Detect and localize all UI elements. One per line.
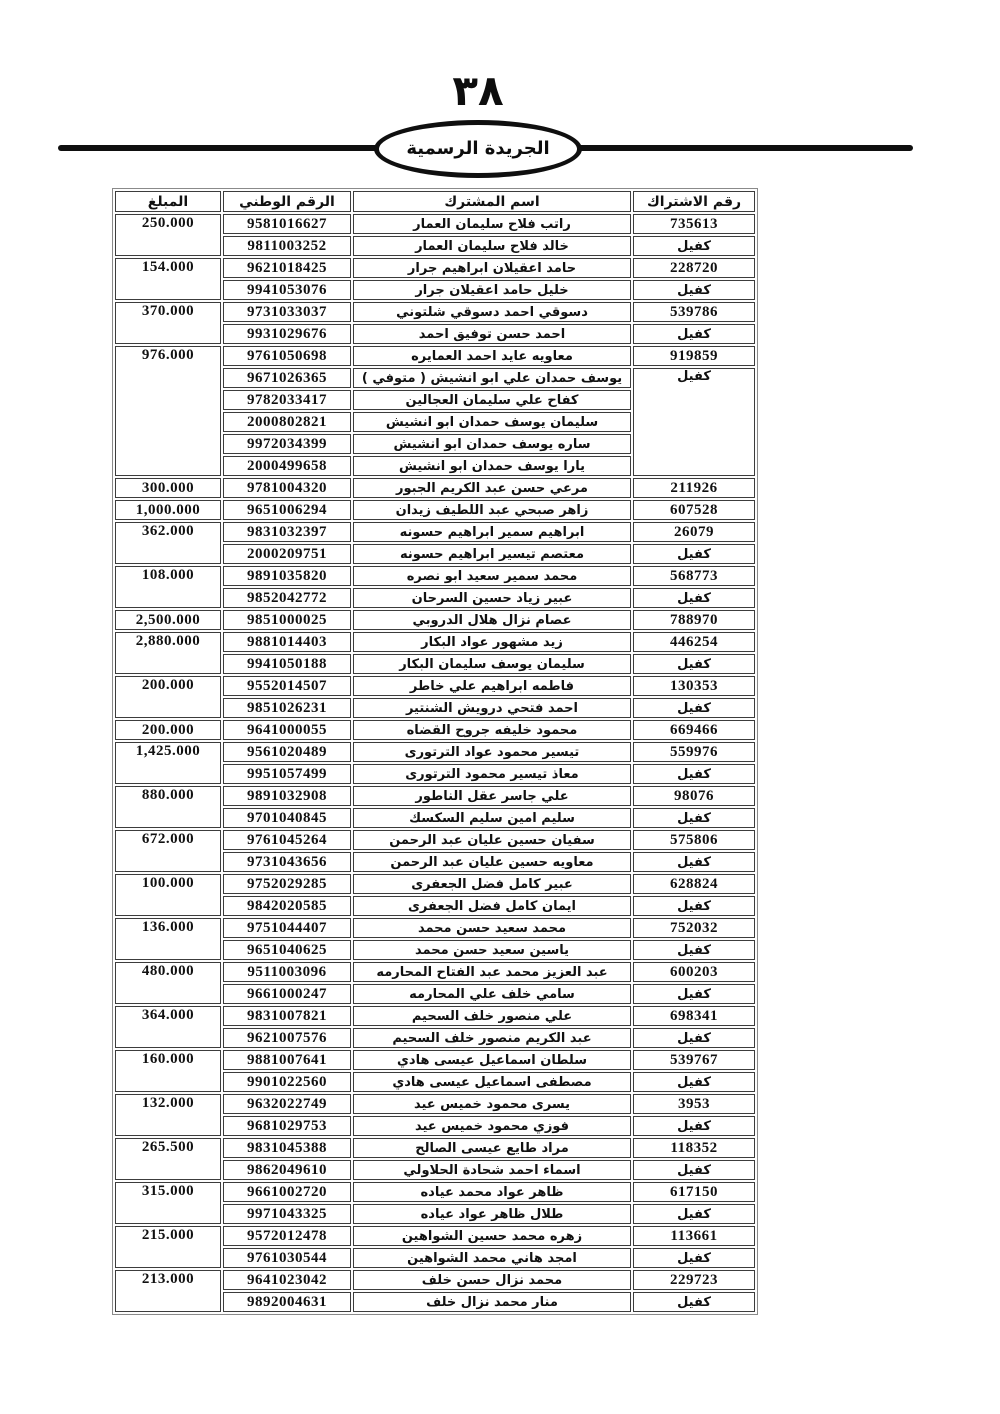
subscription-cell: 446254 <box>633 632 755 652</box>
subscription-cell: 575806 <box>633 830 755 850</box>
name-cell: تيسير محمود عواد الترتورى <box>353 742 631 762</box>
table-row: 559976تيسير محمود عواد الترتورى956102048… <box>115 742 755 762</box>
table-row: 98076علي جاسر عقل الناطور9891032908880.0… <box>115 786 755 806</box>
name-cell: راتب فلاح سليمان العمار <box>353 214 631 234</box>
table-row: 628824عبير كامل فضل الجعفرى9752029285100… <box>115 874 755 894</box>
subscription-cell: 919859 <box>633 346 755 366</box>
name-cell: فوزي محمود خميس عيد <box>353 1116 631 1136</box>
amount-cell: 480.000 <box>115 962 221 1004</box>
subscription-cell: 113661 <box>633 1226 755 1246</box>
name-cell: طلال ظاهر عواد عياده <box>353 1204 631 1224</box>
name-cell: عبير زياد حسين السرحان <box>353 588 631 608</box>
kafeel-cell: كفيل <box>633 654 755 674</box>
table-header-row: رقم الاشتراك اسم المشترك الرقم الوطني ال… <box>115 191 755 212</box>
nid-cell: 9701040845 <box>223 808 351 828</box>
nid-cell: 9731033037 <box>223 302 351 322</box>
subscription-cell: 211926 <box>633 478 755 498</box>
name-cell: يوسف حمدان علي ابو انشيش ( متوفي ) <box>353 368 631 388</box>
name-cell: محمود خليفه جروح القضاه <box>353 720 631 740</box>
amount-cell: 250.000 <box>115 214 221 256</box>
table-row: 788970عصام نزال هلال الدروبي98510000252,… <box>115 610 755 630</box>
name-cell: علي منصور خلف السحيم <box>353 1006 631 1026</box>
name-cell: ساره يوسف حمدان ابو انشيش <box>353 434 631 454</box>
name-cell: خليل حامد اعقيلان جرار <box>353 280 631 300</box>
kafeel-cell: كفيل <box>633 808 755 828</box>
name-cell: مراد طايع عيسى الصالح <box>353 1138 631 1158</box>
name-cell: ياسين سعيد حسن محمد <box>353 940 631 960</box>
kafeel-cell: كفيل <box>633 1248 755 1268</box>
subscription-cell: 669466 <box>633 720 755 740</box>
name-cell: امجد هاني محمد الشواهين <box>353 1248 631 1268</box>
amount-cell: 213.000 <box>115 1270 221 1312</box>
nid-cell: 9951057499 <box>223 764 351 784</box>
kafeel-cell: كفيل <box>633 544 755 564</box>
subscription-cell: 118352 <box>633 1138 755 1158</box>
amount-cell: 2,880.000 <box>115 632 221 674</box>
table-row: 698341علي منصور خلف السحيم9831007821364.… <box>115 1006 755 1026</box>
nid-cell: 9621007576 <box>223 1028 351 1048</box>
name-cell: سليمان يوسف سليمان البكار <box>353 654 631 674</box>
name-cell: محمد سمير سعيد ابو نصره <box>353 566 631 586</box>
name-cell: زهره محمد حسين الشواهين <box>353 1226 631 1246</box>
nid-cell: 9511003096 <box>223 962 351 982</box>
name-cell: محمد سعيد حسن محمد <box>353 918 631 938</box>
amount-cell: 160.000 <box>115 1050 221 1092</box>
subscription-cell: 539767 <box>633 1050 755 1070</box>
subscribers-table-wrap: رقم الاشتراك اسم المشترك الرقم الوطني ال… <box>112 188 758 1315</box>
subscribers-table: رقم الاشتراك اسم المشترك الرقم الوطني ال… <box>112 188 758 1315</box>
page-number: ٣٨ <box>376 66 580 115</box>
nid-cell: 9632022749 <box>223 1094 351 1114</box>
nid-cell: 9641000055 <box>223 720 351 740</box>
amount-cell: 136.000 <box>115 918 221 960</box>
header-subscription-no: رقم الاشتراك <box>633 191 755 212</box>
kafeel-cell: كفيل <box>633 280 755 300</box>
nid-cell: 2000499658 <box>223 456 351 476</box>
name-cell: سليمان يوسف حمدان ابو انشيش <box>353 412 631 432</box>
kafeel-cell: كفيل <box>633 1116 755 1136</box>
name-cell: يسرى محمود خميس عيد <box>353 1094 631 1114</box>
gazette-page: ٣٨ الجريدة الرسمية رقم الاشتراك اسم المش… <box>0 0 1000 1414</box>
amount-cell: 100.000 <box>115 874 221 916</box>
nid-cell: 9561020489 <box>223 742 351 762</box>
kafeel-cell: كفيل <box>633 852 755 872</box>
name-cell: معاذ تيسير محمود الترتورى <box>353 764 631 784</box>
name-cell: كفاح علي سليمان العجالين <box>353 390 631 410</box>
nid-cell: 9671026365 <box>223 368 351 388</box>
nid-cell: 9862049610 <box>223 1160 351 1180</box>
amount-cell: 362.000 <box>115 522 221 564</box>
subscription-cell: 228720 <box>633 258 755 278</box>
table-row: 539786دسوقي احمد دسوقي شلتوني97310330373… <box>115 302 755 322</box>
nid-cell: 9851000025 <box>223 610 351 630</box>
kafeel-cell: كفيل <box>633 896 755 916</box>
name-cell: زاهر صبحي عبد اللطيف زيدان <box>353 500 631 520</box>
kafeel-cell: كفيل <box>633 1160 755 1180</box>
name-cell: عبير كامل فضل الجعفرى <box>353 874 631 894</box>
nid-cell: 9892004631 <box>223 1292 351 1312</box>
amount-cell: 108.000 <box>115 566 221 608</box>
nid-cell: 9831045388 <box>223 1138 351 1158</box>
nid-cell: 9621018425 <box>223 258 351 278</box>
nid-cell: 9651006294 <box>223 500 351 520</box>
nid-cell: 9972034399 <box>223 434 351 454</box>
nid-cell: 9842020585 <box>223 896 351 916</box>
nid-cell: 9831007821 <box>223 1006 351 1026</box>
nid-cell: 9641023042 <box>223 1270 351 1290</box>
nid-cell: 9931029676 <box>223 324 351 344</box>
amount-cell: 976.000 <box>115 346 221 476</box>
name-cell: اسماء احمد شحادة الحلاولي <box>353 1160 631 1180</box>
name-cell: زيد مشهور عواد البكار <box>353 632 631 652</box>
gazette-banner-ellipse: الجريدة الرسمية <box>374 120 582 178</box>
name-cell: احمد فتحي درويش الشنتير <box>353 698 631 718</box>
nid-cell: 9831032397 <box>223 522 351 542</box>
nid-cell: 2000209751 <box>223 544 351 564</box>
subscription-cell: 698341 <box>633 1006 755 1026</box>
nid-cell: 9761045264 <box>223 830 351 850</box>
table-row: 919859معاويه عايد احمد العمايره976105069… <box>115 346 755 366</box>
table-row: 568773محمد سمير سعيد ابو نصره98910358201… <box>115 566 755 586</box>
kafeel-cell: كفيل <box>633 324 755 344</box>
nid-cell: 9881007641 <box>223 1050 351 1070</box>
table-row: 26079ابراهيم سمير ابراهيم حسونه983103239… <box>115 522 755 542</box>
kafeel-cell: كفيل <box>633 940 755 960</box>
nid-cell: 9761030544 <box>223 1248 351 1268</box>
nid-cell: 9661002720 <box>223 1182 351 1202</box>
nid-cell: 9881014403 <box>223 632 351 652</box>
subscription-cell: 752032 <box>633 918 755 938</box>
name-cell: فاطمه ابراهيم علي خاطر <box>353 676 631 696</box>
subscription-cell: 568773 <box>633 566 755 586</box>
table-row: 539767سلطان اسماعيل عيسى هادي98810076411… <box>115 1050 755 1070</box>
kafeel-cell: كفيل <box>633 588 755 608</box>
nid-cell: 9752029285 <box>223 874 351 894</box>
table-row: 607528زاهر صبحي عبد اللطيف زيدان96510062… <box>115 500 755 520</box>
name-cell: مصطفى اسماعيل عيسى هادي <box>353 1072 631 1092</box>
table-row: 3953يسرى محمود خميس عيد9632022749132.000 <box>115 1094 755 1114</box>
amount-cell: 265.500 <box>115 1138 221 1180</box>
nid-cell: 9572012478 <box>223 1226 351 1246</box>
kafeel-cell: كفيل <box>633 1072 755 1092</box>
kafeel-cell: كفيل <box>633 1204 755 1224</box>
kafeel-cell: كفيل <box>633 984 755 1004</box>
header-amount: المبلغ <box>115 191 221 212</box>
nid-cell: 9731043656 <box>223 852 351 872</box>
name-cell: مرعي حسن عبد الكريم الجبور <box>353 478 631 498</box>
table-row: 446254زيد مشهور عواد البكار98810144032,8… <box>115 632 755 652</box>
table-row: 669466محمود خليفه جروح القضاه96410000552… <box>115 720 755 740</box>
table-row: 617150ظاهر عواد محمد عياده9661002720315.… <box>115 1182 755 1202</box>
gazette-banner-title: الجريدة الرسمية <box>406 138 549 161</box>
name-cell: يارا يوسف حمدان ابو انشيش <box>353 456 631 476</box>
subscription-cell: 788970 <box>633 610 755 630</box>
table-row: 600203عبد العزيز محمد عبد الفتاح المحارم… <box>115 962 755 982</box>
name-cell: ابراهيم سمير ابراهيم حسونه <box>353 522 631 542</box>
subscription-cell: 229723 <box>633 1270 755 1290</box>
name-cell: حامد اعقيلان ابراهيم جرار <box>353 258 631 278</box>
name-cell: دسوقي احمد دسوقي شلتوني <box>353 302 631 322</box>
subscribers-table-body: 735613راتب فلاح سليمان العمار95810166272… <box>115 214 755 1312</box>
subscription-cell: 628824 <box>633 874 755 894</box>
table-row: 113661زهره محمد حسين الشواهين95720124782… <box>115 1226 755 1246</box>
name-cell: سلطان اسماعيل عيسى هادي <box>353 1050 631 1070</box>
nid-cell: 9681029753 <box>223 1116 351 1136</box>
nid-cell: 9891035820 <box>223 566 351 586</box>
name-cell: عبد الكريم منصور خلف السحيم <box>353 1028 631 1048</box>
kafeel-cell: كفيل <box>633 236 755 256</box>
name-cell: احمد حسن توفيق احمد <box>353 324 631 344</box>
amount-cell: 672.000 <box>115 830 221 872</box>
kafeel-cell: كفيل <box>633 1028 755 1048</box>
amount-cell: 880.000 <box>115 786 221 828</box>
name-cell: معاويه حسين عليان عبد الرحمن <box>353 852 631 872</box>
name-cell: سامي خلف علي المحارمه <box>353 984 631 1004</box>
table-row: 575806سفيان حسين عليان عبد الرحمن9761045… <box>115 830 755 850</box>
subscription-cell: 607528 <box>633 500 755 520</box>
table-row: 130353فاطمه ابراهيم علي خاطر955201450720… <box>115 676 755 696</box>
name-cell: منار محمد نزال خلف <box>353 1292 631 1312</box>
subscription-cell: 539786 <box>633 302 755 322</box>
nid-cell: 2000802821 <box>223 412 351 432</box>
nid-cell: 9581016627 <box>223 214 351 234</box>
table-row: 735613راتب فلاح سليمان العمار95810166272… <box>115 214 755 234</box>
subscription-cell: 26079 <box>633 522 755 542</box>
nid-cell: 9851026231 <box>223 698 351 718</box>
subscription-cell: 98076 <box>633 786 755 806</box>
name-cell: عصام نزال هلال الدروبي <box>353 610 631 630</box>
amount-cell: 215.000 <box>115 1226 221 1268</box>
name-cell: محمد نزال حسن خلف <box>353 1270 631 1290</box>
header-subscriber-name: اسم المشترك <box>353 191 631 212</box>
nid-cell: 9811003252 <box>223 236 351 256</box>
amount-cell: 300.000 <box>115 478 221 498</box>
amount-cell: 370.000 <box>115 302 221 344</box>
nid-cell: 9782033417 <box>223 390 351 410</box>
amount-cell: 200.000 <box>115 676 221 718</box>
subscription-cell: 559976 <box>633 742 755 762</box>
name-cell: علي جاسر عقل الناطور <box>353 786 631 806</box>
kafeel-cell: كفيل <box>633 698 755 718</box>
amount-cell: 1,425.000 <box>115 742 221 784</box>
name-cell: سفيان حسين عليان عبد الرحمن <box>353 830 631 850</box>
amount-cell: 1,000.000 <box>115 500 221 520</box>
nid-cell: 9651040625 <box>223 940 351 960</box>
nid-cell: 9941050188 <box>223 654 351 674</box>
nid-cell: 9552014507 <box>223 676 351 696</box>
kafeel-cell: كفيل <box>633 1292 755 1312</box>
amount-cell: 364.000 <box>115 1006 221 1048</box>
table-row: 752032محمد سعيد حسن محمد9751044407136.00… <box>115 918 755 938</box>
amount-cell: 132.000 <box>115 1094 221 1136</box>
nid-cell: 9852042772 <box>223 588 351 608</box>
nid-cell: 9891032908 <box>223 786 351 806</box>
nid-cell: 9661000247 <box>223 984 351 1004</box>
nid-cell: 9761050698 <box>223 346 351 366</box>
name-cell: ظاهر عواد محمد عياده <box>353 1182 631 1202</box>
table-row: 118352مراد طايع عيسى الصالح9831045388265… <box>115 1138 755 1158</box>
table-row: 211926مرعي حسن عبد الكريم الجبور97810043… <box>115 478 755 498</box>
subscription-cell: 600203 <box>633 962 755 982</box>
nid-cell: 9781004320 <box>223 478 351 498</box>
kafeel-cell: كفيل <box>633 764 755 784</box>
table-row: 229723محمد نزال حسن خلف9641023042213.000 <box>115 1270 755 1290</box>
name-cell: عبد العزيز محمد عبد الفتاح المحارمه <box>353 962 631 982</box>
nid-cell: 9971043325 <box>223 1204 351 1224</box>
subscription-cell: 130353 <box>633 676 755 696</box>
nid-cell: 9941053076 <box>223 280 351 300</box>
table-row: 228720حامد اعقيلان ابراهيم جرار962101842… <box>115 258 755 278</box>
kafeel-cell: كفيل <box>633 368 755 476</box>
amount-cell: 200.000 <box>115 720 221 740</box>
subscription-cell: 735613 <box>633 214 755 234</box>
amount-cell: 154.000 <box>115 258 221 300</box>
name-cell: سليم امين سليم السكسك <box>353 808 631 828</box>
name-cell: ايمان كامل فضل الجعفرى <box>353 896 631 916</box>
nid-cell: 9901022560 <box>223 1072 351 1092</box>
amount-cell: 2,500.000 <box>115 610 221 630</box>
nid-cell: 9751044407 <box>223 918 351 938</box>
name-cell: معاويه عايد احمد العمايره <box>353 346 631 366</box>
subscription-cell: 617150 <box>633 1182 755 1202</box>
name-cell: معتصم تيسير ابراهيم حسونه <box>353 544 631 564</box>
header-national-no: الرقم الوطني <box>223 191 351 212</box>
name-cell: خالد فلاح سليمان العمار <box>353 236 631 256</box>
amount-cell: 315.000 <box>115 1182 221 1224</box>
subscription-cell: 3953 <box>633 1094 755 1114</box>
